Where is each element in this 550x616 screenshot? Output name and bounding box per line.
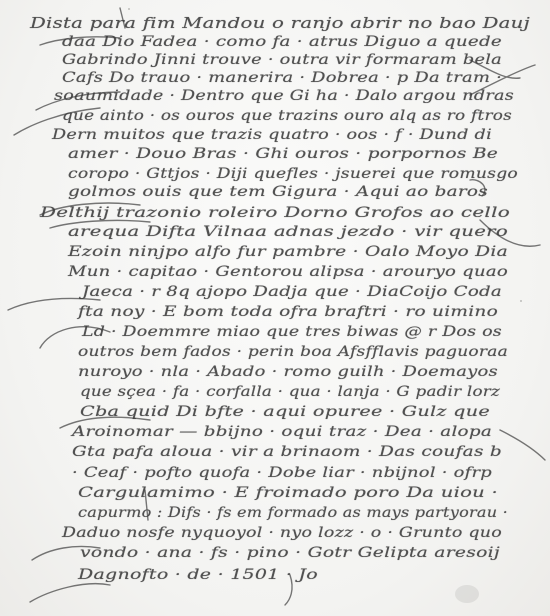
manuscript-line: · Ceaf · pofto quofa · Dobe liar · nbijn… <box>72 465 492 481</box>
manuscript-line: que ainto · os ouros que trazins ouro al… <box>62 108 512 124</box>
manuscript-line: arequa Difta Vilnaa adnas jezdo · vir qu… <box>68 224 508 240</box>
manuscript-line: Ezoin ninjpo alfo fur pambre · Oalo Moyo… <box>68 244 508 260</box>
manuscript-line: capurmo : Difs · fs em formado as mays p… <box>78 505 508 521</box>
paper-stain <box>455 585 479 603</box>
manuscript-line: Delthij trazonio roleiro Dorno Grofos ao… <box>40 205 510 221</box>
paper-speck <box>128 8 130 10</box>
manuscript-line: Cba quid Di bfte · aqui opuree · Gulz qu… <box>80 404 490 420</box>
manuscript-line: Aroinomar — bbijno · oqui traz · Dea · a… <box>72 424 492 440</box>
manuscript-page: Dista para fim Mandou o ranjo abrir no b… <box>0 0 550 616</box>
manuscript-line: Jaeca · r 8q ajopo Dadja que · DiaCoijo … <box>82 284 502 300</box>
manuscript-line: fta noy · E bom toda ofra braftri · ro u… <box>78 304 498 320</box>
manuscript-line: Cafs Do trauo · manerira · Dobrea · p Da… <box>62 70 502 86</box>
manuscript-line: nuroyo · nla · Abado · romo guilh · Doem… <box>78 364 498 380</box>
manuscript-line: Daduo nosfe nyquoyol · nyo lozz · o · Gr… <box>62 525 502 541</box>
paper-speck <box>520 300 522 302</box>
manuscript-line: Gabrindo Jinni trouve · outra vir formar… <box>62 52 502 68</box>
manuscript-line: que sçea · fa · corfalla · qua · lanja ·… <box>80 384 500 400</box>
manuscript-line: Gta pafa aloua · vir a brinaom · Das cou… <box>72 444 502 460</box>
manuscript-line: Dista para fim Mandou o ranjo abrir no b… <box>30 14 530 32</box>
manuscript-line: daa Dio Fadea · como fa · atrus Diguo a … <box>62 34 502 50</box>
manuscript-line: Cargulamimo · E froimado poro Da uiou · <box>78 485 498 501</box>
manuscript-line: Dagnofto · de · 1501 · Jo <box>78 567 318 583</box>
manuscript-line: amer · Douo Bras · Ghi ouros · porpornos… <box>68 146 498 162</box>
manuscript-line: soaumidade · Dentro que Gi ha · Dalo arg… <box>54 88 514 104</box>
manuscript-line: outros bem fados · perin boa Afsfflavis … <box>78 344 508 360</box>
manuscript-line: coropo · Gttjos · Diji quefles · jsuerei… <box>68 166 518 182</box>
manuscript-line: Ld · Doemmre miao que tres biwas @ r Dos… <box>82 324 502 340</box>
manuscript-line: golmos ouis que tem Gigura · Aqui ao bar… <box>68 184 488 200</box>
manuscript-line: vondo · ana · fs · pino · Gotr Gelipta a… <box>80 545 500 561</box>
manuscript-line: Dern muitos que trazis quatro · oos · f … <box>52 127 492 143</box>
manuscript-line: Mun · capitao · Gentorou alipsa · aroury… <box>68 264 508 280</box>
